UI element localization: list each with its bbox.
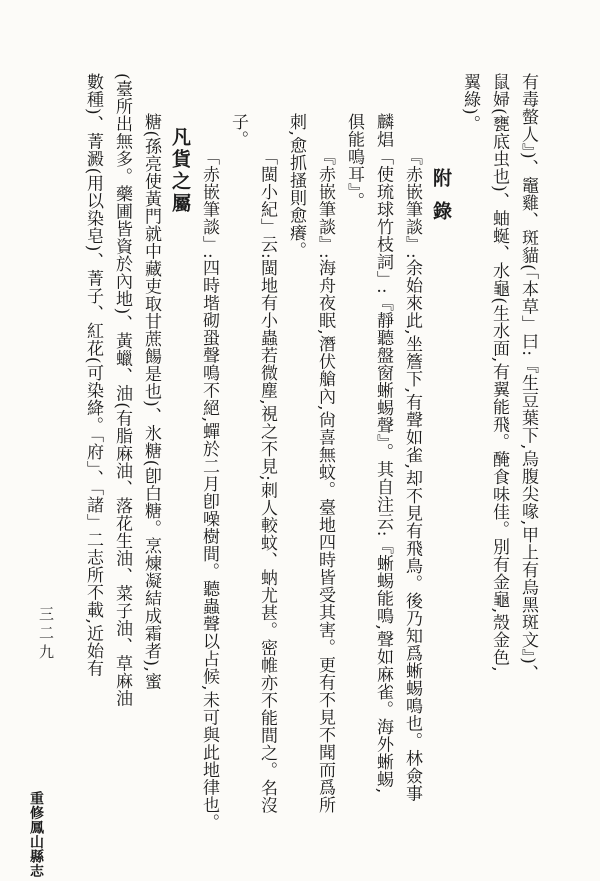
section-header: 附錄 [426, 168, 455, 879]
text-column: 糖(孫亮使黃門就中藏吏取甘蔗餳是也)、氷糖(卽白糖。烹煉凝結成霜者),蜜 [136, 113, 165, 879]
text-column: 數種)、菁澱(用以染皂)、菁子、紅花(可染絳。「府」、「諸」二志所不載,近始有 [78, 73, 107, 879]
text-block: 有毒螫人』)、竈雞、斑貓(「本草」曰:『生豆葉下,烏腹尖喙,甲上有烏黑斑文』)、… [78, 73, 542, 879]
section-header: 凡貨之屬 [165, 127, 194, 879]
text-column: 麟焻「使琉球竹枝詞」:『靜聽盤窗蜥蜴聲』。其自注云:『蜥蜴能鳴,聲如麻雀。海外蜥… [368, 113, 397, 879]
text-column: 「赤嵌筆談」:四時堦砌蛩聲鳴不絕,蟬於二月卽噪樹間。聽蟲聲以占候,未可與此地律也… [194, 148, 223, 879]
text-column: (臺所出無多。藥圃皆資於內地)、黃蠟、油(有脂麻油、落花生油、菜子油、草麻油 [107, 73, 136, 879]
text-column: 『赤嵌筆談』:海舟夜眠,潛伏艙內,尙喜無蚊。臺地四時皆受其害。更有不見不聞而爲所 [310, 148, 339, 879]
text-column: 鼠婦(甕底虫也)、蚰蜒、水龜(生水面,有翼能飛。醃食味佳。別有金龜,殼金色, [484, 73, 513, 879]
book-title: 重修鳳山縣志 [26, 791, 46, 878]
page: 有毒螫人』)、竈雞、斑貓(「本草」曰:『生豆葉下,烏腹尖喙,甲上有烏黑斑文』)、… [0, 0, 600, 881]
text-column: 『赤嵌筆談』:余始來此,坐簷下,有聲如雀,却不見有飛鳥。後乃知爲蜥蜴鳴也。林僉事 [397, 148, 426, 879]
text-column: 翼綠)。 [455, 73, 484, 879]
text-column: 「閩小紀」云:閩地有小蟲若微塵,視之不見;刺人較蚊、蚋尤甚。密帷亦不能間之。名沒 [252, 148, 281, 879]
text-column: 有毒螫人』)、竈雞、斑貓(「本草」曰:『生豆葉下,烏腹尖喙,甲上有烏黑斑文』)、 [513, 73, 542, 879]
text-column: 俱能鳴耳』。 [339, 113, 368, 879]
text-column: 子。 [223, 113, 252, 879]
text-column: 刺,愈抓搔則愈癢。 [281, 113, 310, 879]
page-number: 三二九 [36, 606, 57, 663]
